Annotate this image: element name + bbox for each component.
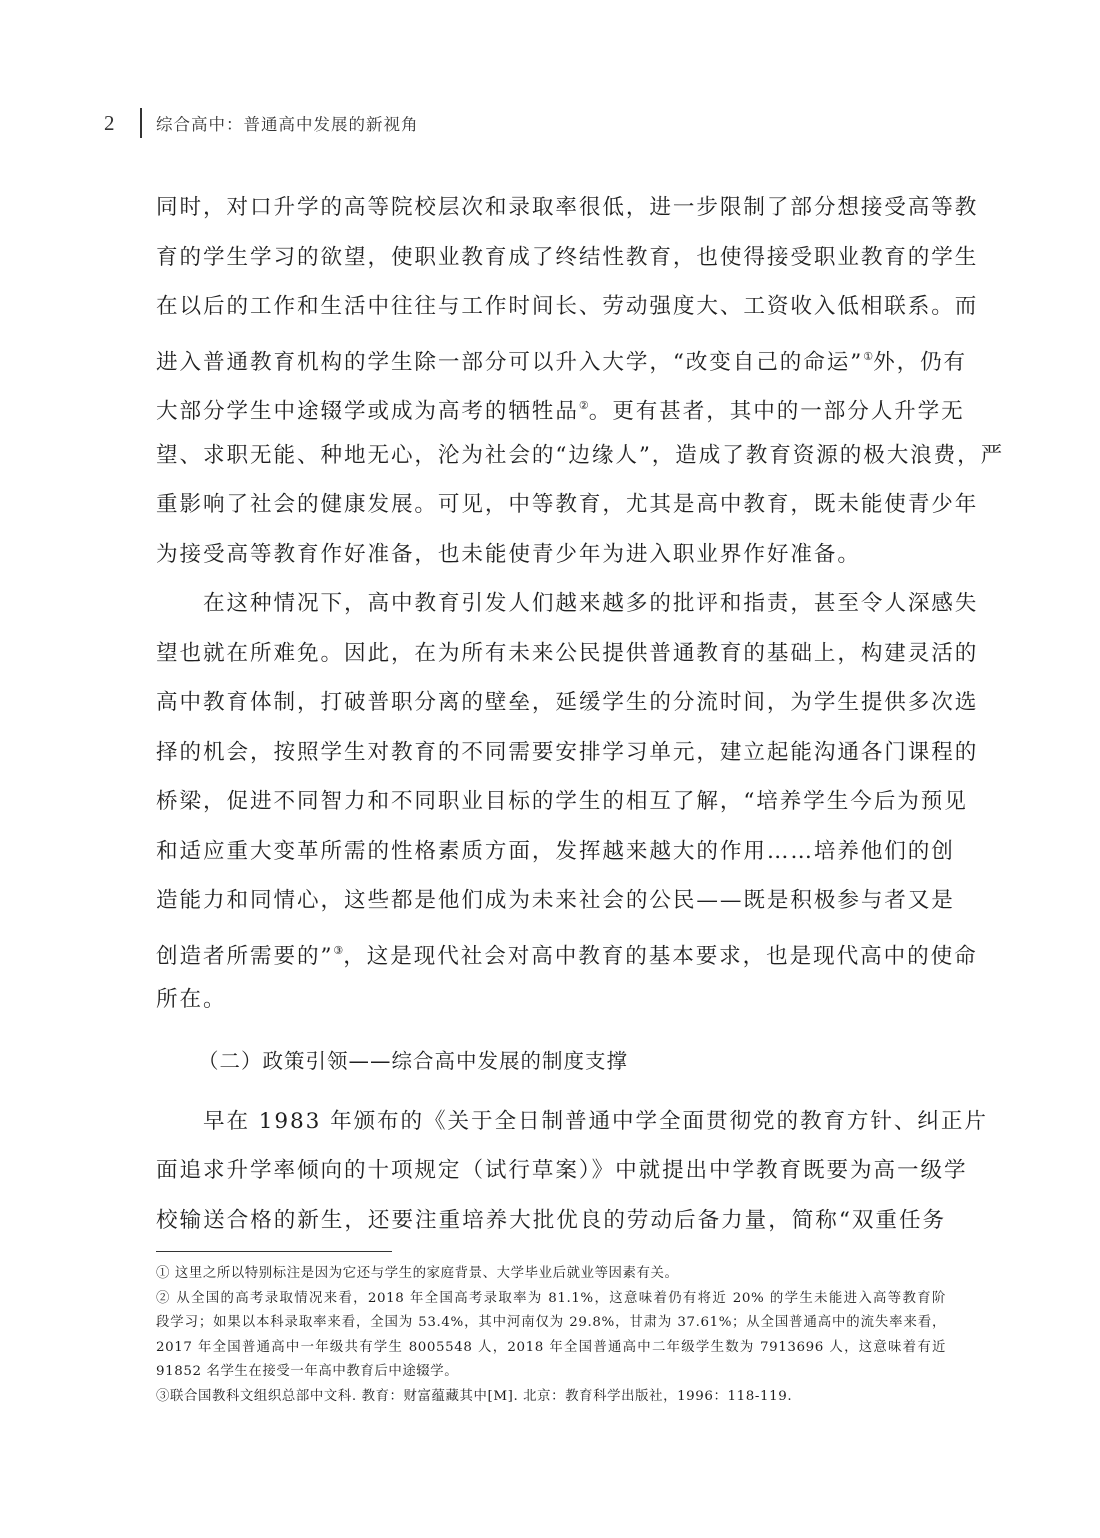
- footnote-1: ① 这里之所以特别标注是因为它还与学生的家庭背景、大学毕业后就业等因素有关。: [156, 1262, 946, 1287]
- text-line: 高中教育体制，打破普职分离的壁垒，延缓学生的分流时间，为学生提供多次选: [156, 678, 946, 728]
- footnotes: ① 这里之所以特别标注是因为它还与学生的家庭背景、大学毕业后就业等因素有关。 ②…: [156, 1262, 946, 1409]
- text-line: 早在 1983 年颁布的《关于全日制普通中学全面贯彻党的教育方针、纠正片: [156, 1097, 946, 1147]
- text-line: 和适应重大变革所需的性格素质方面，发挥越来越大的作用……培养他们的创: [156, 827, 946, 877]
- footnote-2-cont: 2017 年全国普通高中一年级共有学生 8005548 人，2018 年全国普通…: [156, 1336, 946, 1361]
- text-line: 育的学生学习的欲望，使职业教育成了终结性教育，也使得接受职业教育的学生: [156, 233, 946, 283]
- paragraph-2: 在这种情况下，高中教育引发人们越来越多的批评和指责，甚至令人深感失 望也就在所难…: [156, 579, 946, 1025]
- text-line: 重影响了社会的健康发展。可见，中等教育，尤其是高中教育，既未能使青少年: [156, 480, 946, 530]
- running-head: 2 综合高中：普通高中发展的新视角: [104, 108, 419, 138]
- text-line: 造能力和同情心，这些都是他们成为未来社会的公民——既是积极参与者又是: [156, 876, 946, 926]
- text-line: 望、求职无能、种地无心，沦为社会的“边缘人”，造成了教育资源的极大浪费，严: [156, 431, 946, 481]
- footnote-divider: [156, 1251, 392, 1252]
- page-number: 2: [104, 111, 134, 136]
- footnote-ref-1[interactable]: ①: [863, 350, 873, 363]
- text-line: 所在。: [156, 975, 946, 1025]
- text-line: 望也就在所难免。因此，在为所有未来公民提供普通教育的基础上，构建灵活的: [156, 629, 946, 679]
- text-line: 为接受高等教育作好准备，也未能使青少年为进入职业界作好准备。: [156, 530, 946, 580]
- text-line: 校输送合格的新生，还要注重培养大批优良的劳动后备力量，简称“双重任务: [156, 1196, 946, 1246]
- text-line: 桥梁，促进不同智力和不同职业目标的学生的相互了解，“培养学生今后为预见: [156, 777, 946, 827]
- footnote-2-cont: 段学习；如果以本科录取率来看，全国为 53.4%，其中河南仅为 29.8%，甘肃…: [156, 1311, 946, 1336]
- text-line: 择的机会，按照学生对教育的不同需要安排学习单元，建立起能沟通各门课程的: [156, 728, 946, 778]
- footnote-2-cont: 91852 名学生在接受一年高中教育后中途辍学。: [156, 1360, 946, 1385]
- text-line: 在这种情况下，高中教育引发人们越来越多的批评和指责，甚至令人深感失: [156, 579, 946, 629]
- section-heading: （二）政策引领——综合高中发展的制度支撑: [156, 1047, 946, 1075]
- body-text: 同时，对口升学的高等院校层次和录取率很低，进一步限制了部分想接受高等教 育的学生…: [156, 183, 946, 1245]
- footnote-ref-3[interactable]: ③: [333, 944, 343, 957]
- footnote-3: ③联合国教科文组织总部中文科. 教育：财富蕴藏其中[M]. 北京：教育科学出版社…: [156, 1385, 946, 1410]
- footnote-ref-2[interactable]: ②: [579, 399, 589, 412]
- footnote-2: ② 从全国的高考录取情况来看，2018 年全国高考录取率为 81.1%，这意味着…: [156, 1287, 946, 1312]
- text-line: 面追求升学率倾向的十项规定（试行草案）》中就提出中学教育既要为高一级学: [156, 1146, 946, 1196]
- text-line: 大部分学生中途辍学或成为高考的牺牲品②。更有甚者，其中的一部分人升学无: [156, 381, 946, 431]
- text-line: 同时，对口升学的高等院校层次和录取率很低，进一步限制了部分想接受高等教: [156, 183, 946, 233]
- header-divider: [140, 108, 142, 138]
- paragraph-1: 同时，对口升学的高等院校层次和录取率很低，进一步限制了部分想接受高等教 育的学生…: [156, 183, 946, 579]
- paragraph-3: 早在 1983 年颁布的《关于全日制普通中学全面贯彻党的教育方针、纠正片 面追求…: [156, 1097, 946, 1246]
- text-line: 进入普通教育机构的学生除一部分可以升入大学，“改变自己的命运”①外，仍有: [156, 332, 946, 382]
- text-line: 在以后的工作和生活中往往与工作时间长、劳动强度大、工资收入低相联系。而: [156, 282, 946, 332]
- text-line: 创造者所需要的”③，这是现代社会对高中教育的基本要求，也是现代高中的使命: [156, 926, 946, 976]
- running-title: 综合高中：普通高中发展的新视角: [156, 111, 419, 135]
